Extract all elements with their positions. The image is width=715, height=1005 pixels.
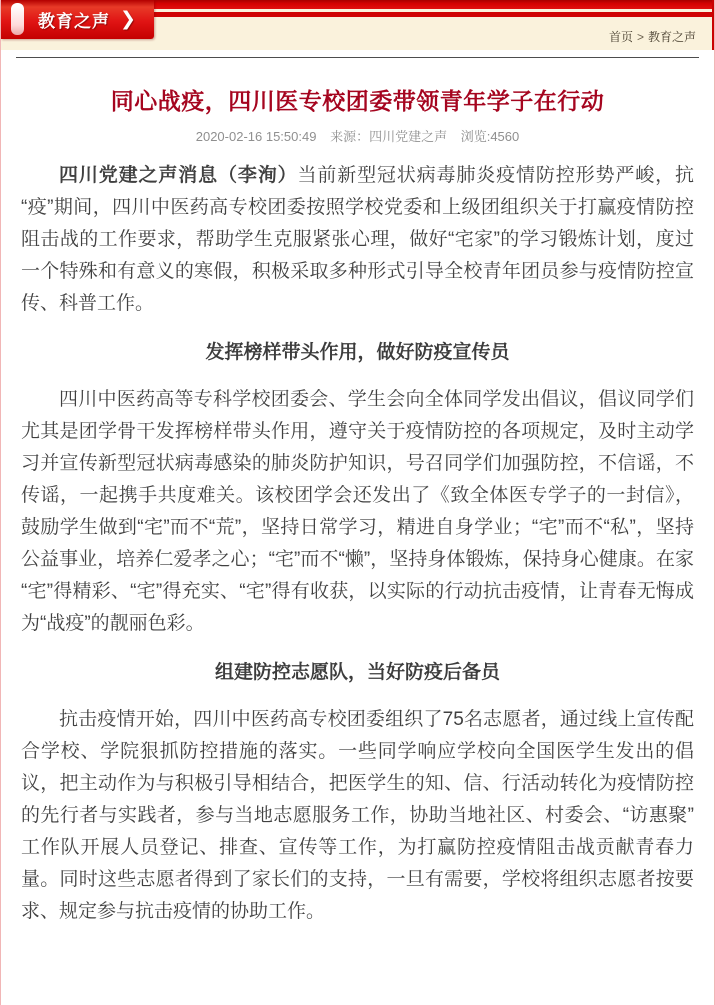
breadcrumb: 首页>教育之声 bbox=[609, 28, 696, 45]
section-tab-education-voice[interactable]: 教育之声 ❯ bbox=[1, 0, 154, 39]
section-tab-label: 教育之声 bbox=[38, 7, 110, 32]
article-page: 教育之声 ❯ 首页>教育之声 同心战疫，四川医专校团委带领青年学子在行动 202… bbox=[0, 0, 715, 1005]
chevron-right-icon: ❯ bbox=[120, 10, 136, 29]
paragraph-text: 当前新型冠状病毒肺炎疫情防控形势严峻，抗“疫”期间，四川中医药高专校团委按照学校… bbox=[21, 165, 694, 314]
breadcrumb-current-link[interactable]: 教育之声 bbox=[648, 30, 696, 44]
article-source: 来源：四川党建之声 bbox=[330, 129, 447, 144]
paragraph: 四川中医药高等专科学校团委会、学生会向全体同学发出倡议，倡议同学们尤其是团学骨干… bbox=[21, 384, 694, 640]
section-banner: 教育之声 ❯ 首页>教育之声 bbox=[1, 0, 714, 50]
paragraph: 四川党建之声消息（李洵）当前新型冠状病毒肺炎疫情防控形势严峻，抗“疫”期间，四川… bbox=[21, 160, 694, 320]
header-divider bbox=[16, 57, 699, 58]
subheading: 组建防控志愿队，当好防疫后备员 bbox=[21, 657, 694, 689]
breadcrumb-home-link[interactable]: 首页 bbox=[609, 30, 633, 44]
article-title: 同心战疫，四川医专校团委带领青年学子在行动 bbox=[21, 83, 694, 116]
article-views: 浏览:4560 bbox=[461, 129, 520, 144]
subheading: 发挥榜样带头作用，做好防疫宣传员 bbox=[21, 337, 694, 369]
breadcrumb-separator: > bbox=[637, 30, 644, 44]
paragraph-text: 抗击疫情开始，四川中医药高专校团委组织了75名志愿者，通过线上宣传配合学校、学院… bbox=[21, 709, 694, 922]
article-body: 四川党建之声消息（李洵）当前新型冠状病毒肺炎疫情防控形势严峻，抗“疫”期间，四川… bbox=[21, 160, 694, 928]
paragraph: 抗击疫情开始，四川中医药高专校团委组织了75名志愿者，通过线上宣传配合学校、学院… bbox=[21, 704, 694, 928]
article-meta: 2020-02-16 15:50:49 来源：四川党建之声 浏览:4560 bbox=[21, 126, 694, 145]
paragraph-text: 四川中医药高等专科学校团委会、学生会向全体同学发出倡议，倡议同学们尤其是团学骨干… bbox=[21, 389, 694, 634]
tab-highlight bbox=[11, 3, 24, 35]
article-datetime: 2020-02-16 15:50:49 bbox=[196, 129, 317, 144]
article: 同心战疫，四川医专校团委带领青年学子在行动 2020-02-16 15:50:4… bbox=[1, 83, 714, 946]
paragraph-lead: 四川党建之声消息（李洵） bbox=[59, 165, 297, 186]
